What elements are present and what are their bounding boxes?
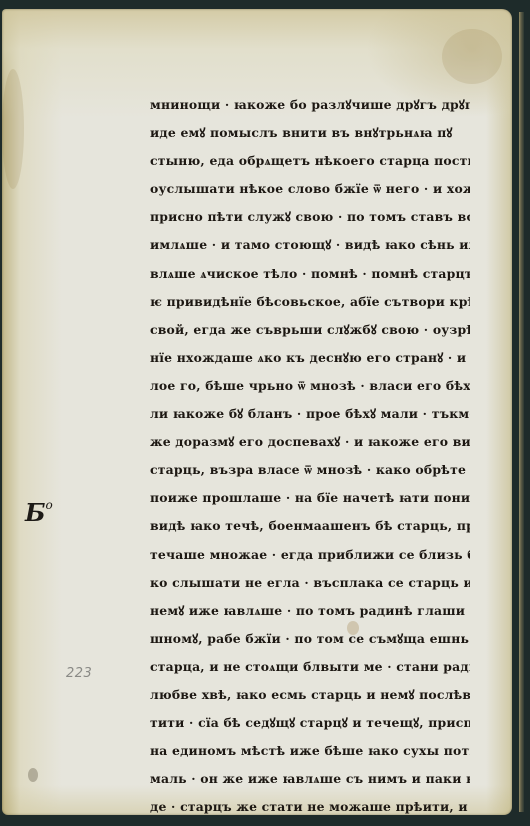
- edge-stain: [2, 69, 24, 189]
- text-line: видѣ ꙗко течѣ, боенмаашенъ бѣ старць, пр…: [150, 512, 470, 540]
- text-line: иде емꙋ помыслъ внити въ внꙋтрьнѧꙗ пꙋ: [150, 119, 470, 147]
- text-line: поиже прошлаше · на бїе начетѣ ꙗти пони …: [150, 484, 470, 512]
- text-line: ко слышати не егла · въсплака се старць …: [150, 569, 470, 597]
- text-line: тити · сїа бѣ седꙋщꙋ старцꙋ и течещꙋ, пр…: [150, 709, 470, 737]
- text-line: нїе нхождаше ѧко къ деснꙋю его странꙋ · …: [150, 344, 470, 372]
- text-line: немꙋ иже ꙗвлѧше · по томъ радинѣ глаши г…: [150, 597, 470, 625]
- binding-edge: [519, 12, 524, 812]
- ink-smudge: [28, 768, 38, 782]
- text-line: же доразмꙋ его доспевахꙋ · и ꙗкоже его в…: [150, 428, 470, 456]
- pencil-folio-number: 223: [66, 666, 92, 681]
- text-block: мнинощи · ꙗкоже бо разлꙋчише дрꙋгъ дрꙋга…: [150, 91, 470, 821]
- manuscript-scan: мнинощи · ꙗкоже бо разлꙋчише дрꙋгъ дрꙋга…: [0, 0, 530, 826]
- text-line: любве хвѣ, ꙗко есмь старць и немꙋ послѣв…: [150, 681, 470, 709]
- water-stain: [442, 29, 502, 84]
- marginal-quire-numeral: Бо: [25, 498, 53, 527]
- numeral-main: Б: [25, 498, 46, 527]
- text-line: мнинощи · ꙗкоже бо разлꙋчише дрꙋгъ дрꙋга…: [150, 91, 470, 119]
- text-line: свой, егда же съврьши слꙋжбꙋ свою · оузр…: [150, 316, 470, 344]
- text-line: влѧше ѧчиское тѣло · помнѣ · помнѣ старц…: [150, 260, 470, 288]
- text-line: старца, и не стоѧщи блвыти ме · стани ра…: [150, 653, 470, 681]
- text-line: присно пѣти служꙋ свою · по томъ ставъ в…: [150, 203, 470, 231]
- numeral-superscript: о: [46, 498, 53, 512]
- text-line: маль · он же иже ꙗвлѧше съ нимъ и паки в…: [150, 765, 470, 793]
- text-line: старць, възра власе ѿ мнозѣ · како обрѣт…: [150, 456, 470, 484]
- text-line: ли ꙗкоже бꙋ бланъ · прое бѣхꙋ мали · тък…: [150, 400, 470, 428]
- text-line: шномꙋ, рабе бжїи · по том се съмꙋща ешнь…: [150, 625, 470, 653]
- text-line: стыню, еда обрѧщетъ нѣкоего старца постн…: [150, 147, 470, 175]
- text-line: течаше множае · егда приближи се близь б…: [150, 541, 470, 569]
- text-line: ѥ привидѣнїе бѣсовьское, абїе сътвори кр…: [150, 288, 470, 316]
- text-line: лое го, бѣше чрьно ѿ мнозѣ · власи его б…: [150, 372, 470, 400]
- text-line: имлѧше · и тамо стоющꙋ · видѣ ꙗко сѣнь и…: [150, 231, 470, 259]
- text-line: на единомъ мѣстѣ иже бѣше ꙗко сухы потык…: [150, 737, 470, 765]
- text-line: де · старцъ же стати не можаше прѣити, и…: [150, 793, 470, 821]
- text-line: оуслышати нѣкое слово бжїе ѿ него · и хо…: [150, 175, 470, 203]
